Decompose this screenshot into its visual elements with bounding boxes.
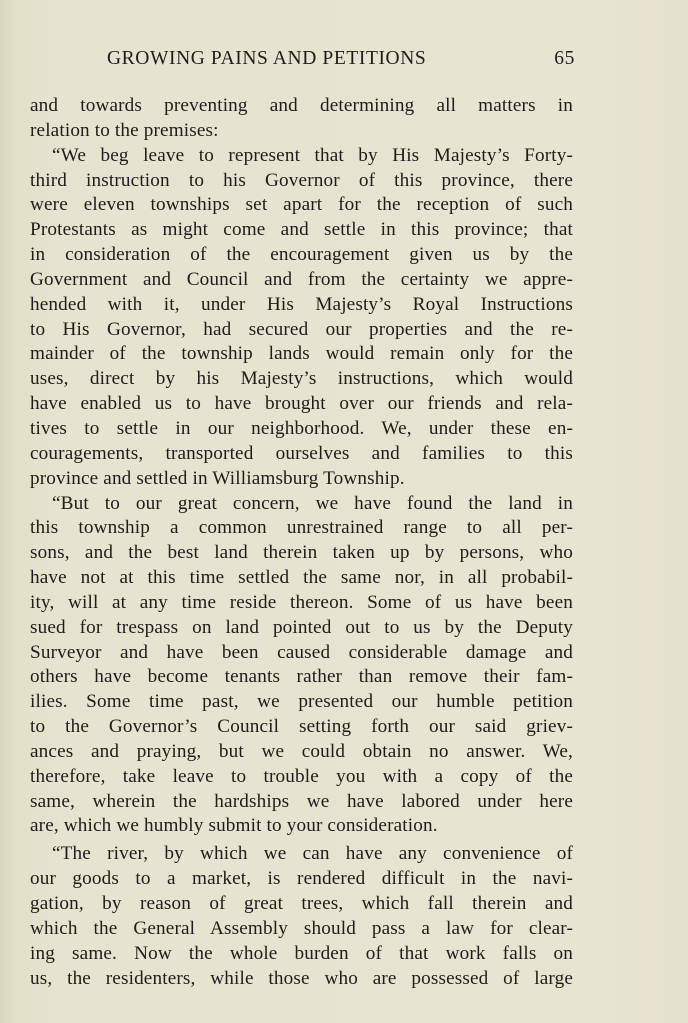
text-line: gation, by reason of great trees, which … [30, 892, 573, 917]
text-line: therefore, take leave to trouble you wit… [30, 765, 573, 790]
text-line: and towards preventing and determining a… [30, 94, 573, 119]
text-line: “The river, by which we can have any con… [30, 842, 573, 867]
page-number: 65 [554, 48, 575, 70]
text-line: to His Governor, had secured our propert… [30, 318, 573, 343]
text-line: Surveyor and have been caused considerab… [30, 641, 573, 666]
text-line: to the Governor’s Council setting forth … [30, 715, 573, 740]
running-title: GROWING PAINS AND PETITIONS [107, 48, 426, 70]
text-line: province and settled in Williamsburg Tow… [30, 467, 573, 492]
text-line: mainder of the township lands would rema… [30, 342, 573, 367]
text-line: others have become tenants rather than r… [30, 665, 573, 690]
text-line: have enabled us to have brought over our… [30, 392, 573, 417]
text-line: hended with it, under His Majesty’s Roya… [30, 293, 573, 318]
book-page: GROWING PAINS AND PETITIONS 65 and towar… [0, 0, 688, 1023]
text-line: tives to settle in our neighborhood. We,… [30, 417, 573, 442]
text-line: couragements, transported ourselves and … [30, 442, 573, 467]
body-text: and towards preventing and determining a… [30, 94, 573, 991]
text-line: which the General Assembly should pass a… [30, 917, 573, 942]
text-line: were eleven townships set apart for the … [30, 193, 573, 218]
text-line: Government and Council and from the cert… [30, 268, 573, 293]
text-line: our goods to a market, is rendered diffi… [30, 867, 573, 892]
text-line: ity, will at any time reside thereon. So… [30, 591, 573, 616]
text-line: relation to the premises: [30, 119, 573, 144]
text-line: “But to our great concern, we have found… [30, 492, 573, 517]
text-line: ing same. Now the whole burden of that w… [30, 942, 573, 967]
text-line: have not at this time settled the same n… [30, 566, 573, 591]
text-line: in consideration of the encouragement gi… [30, 243, 573, 268]
text-line: us, the residenters, while those who are… [30, 967, 573, 992]
text-line: are, which we humbly submit to your cons… [30, 814, 573, 839]
text-line: same, wherein the hardships we have labo… [30, 790, 573, 815]
text-line: this township a common unrestrained rang… [30, 516, 573, 541]
running-head: GROWING PAINS AND PETITIONS 65 [30, 48, 575, 74]
text-line: uses, direct by his Majesty’s instructio… [30, 367, 573, 392]
text-line: third instruction to his Governor of thi… [30, 169, 573, 194]
text-line: “We beg leave to represent that by His M… [30, 144, 573, 169]
text-line: sued for trespass on land pointed out to… [30, 616, 573, 641]
text-line: ilies. Some time past, we presented our … [30, 690, 573, 715]
text-line: ances and praying, but we could obtain n… [30, 740, 573, 765]
text-line: sons, and the best land therein taken up… [30, 541, 573, 566]
text-line: Protestants as might come and settle in … [30, 218, 573, 243]
